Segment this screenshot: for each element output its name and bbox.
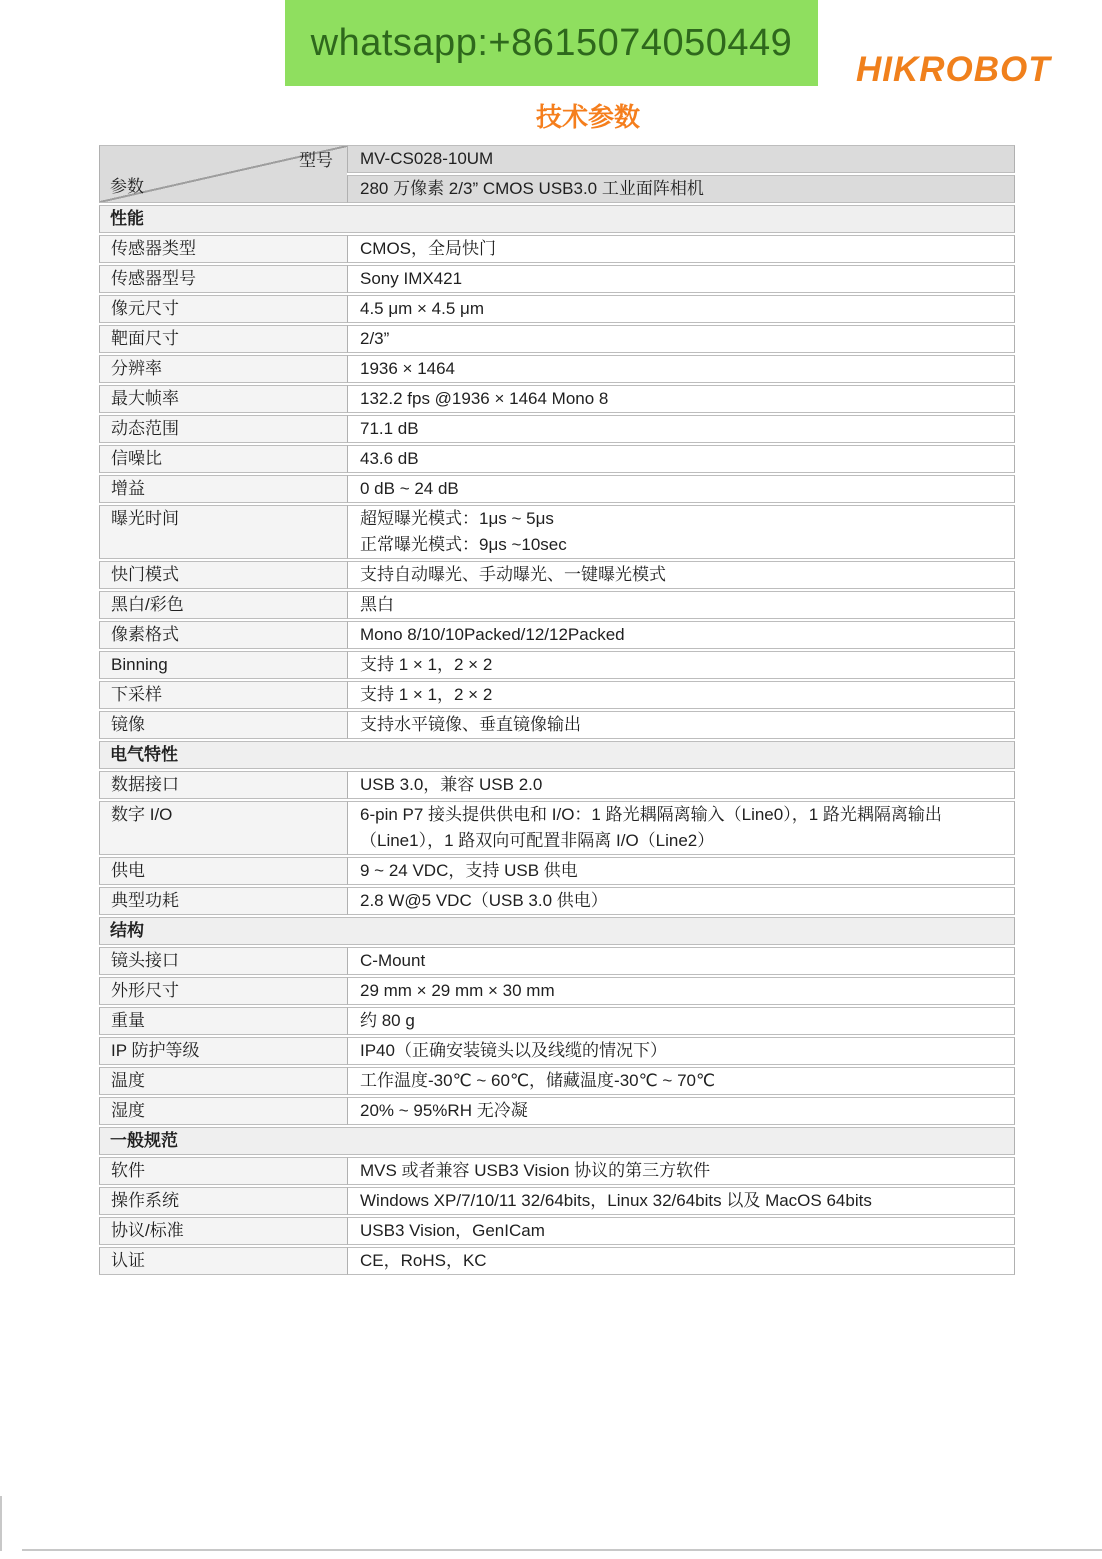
spec-value-cell: 超短曝光模式：1μs ~ 5μs 正常曝光模式：9μs ~10sec: [347, 505, 1015, 559]
spec-label-cell: Binning: [99, 651, 347, 679]
spec-label-cell: 传感器型号: [99, 265, 347, 293]
spec-label-cell: 最大帧率: [99, 385, 347, 413]
spec-value-cell: 9 ~ 24 VDC，支持 USB 供电: [347, 857, 1015, 885]
spec-row: 数字 I/O6-pin P7 接头提供供电和 I/O：1 路光耦隔离输入（Lin…: [99, 801, 1015, 855]
spec-row: 像素格式Mono 8/10/10Packed/12/12Packed: [99, 621, 1015, 649]
spec-row: 协议/标准USB3 Vision，GenICam: [99, 1217, 1015, 1245]
spec-label-cell: 像素格式: [99, 621, 347, 649]
spec-row: 供电9 ~ 24 VDC，支持 USB 供电: [99, 857, 1015, 885]
spec-row: Binning支持 1 × 1，2 × 2: [99, 651, 1015, 679]
spec-value-cell: 43.6 dB: [347, 445, 1015, 473]
spec-label-cell: 认证: [99, 1247, 347, 1275]
spec-value-cell: Windows XP/7/10/11 32/64bits，Linux 32/64…: [347, 1187, 1015, 1215]
spec-label-cell: 协议/标准: [99, 1217, 347, 1245]
spec-label-cell: 靶面尺寸: [99, 325, 347, 353]
spec-label-cell: 软件: [99, 1157, 347, 1185]
whatsapp-watermark-text: whatsapp:+8615074050449: [311, 22, 793, 65]
spec-label-cell: 重量: [99, 1007, 347, 1035]
spec-value-cell: 4.5 μm × 4.5 μm: [347, 295, 1015, 323]
spec-label-cell: 湿度: [99, 1097, 347, 1125]
spec-label-cell: 黑白/彩色: [99, 591, 347, 619]
header-corner-cell: 型号 参数: [99, 145, 347, 203]
spec-value-cell: 71.1 dB: [347, 415, 1015, 443]
spec-row: 软件MVS 或者兼容 USB3 Vision 协议的第三方软件: [99, 1157, 1015, 1185]
spec-value-cell: USB3 Vision，GenICam: [347, 1217, 1015, 1245]
page-bottom-divider: [22, 1549, 1102, 1551]
spec-label-cell: 增益: [99, 475, 347, 503]
section-header-row: 性能: [99, 205, 1015, 233]
section-title: 结构: [99, 917, 1015, 945]
spec-value-cell: 1936 × 1464: [347, 355, 1015, 383]
spec-table-body: 性能传感器类型CMOS，全局快门传感器型号Sony IMX421像元尺寸4.5 …: [99, 205, 1015, 1275]
spec-row: 温度工作温度-30℃ ~ 60℃，储藏温度-30℃ ~ 70℃: [99, 1067, 1015, 1095]
spec-value-cell: 支持水平镜像、垂直镜像输出: [347, 711, 1015, 739]
spec-row: 操作系统Windows XP/7/10/11 32/64bits，Linux 3…: [99, 1187, 1015, 1215]
corner-label-param: 参数: [110, 174, 144, 200]
spec-row: 传感器型号Sony IMX421: [99, 265, 1015, 293]
spec-label-cell: 操作系统: [99, 1187, 347, 1215]
spec-table: 型号 参数 MV-CS028-10UM 280 万像素 2/3” CMOS US…: [99, 143, 1015, 1277]
spec-value-cell: IP40（正确安装镜头以及线缆的情况下）: [347, 1037, 1015, 1065]
spec-value-cell: 工作温度-30℃ ~ 60℃，储藏温度-30℃ ~ 70℃: [347, 1067, 1015, 1095]
spec-value-cell: 29 mm × 29 mm × 30 mm: [347, 977, 1015, 1005]
section-header-row: 结构: [99, 917, 1015, 945]
spec-value-cell: 支持自动曝光、手动曝光、一键曝光模式: [347, 561, 1015, 589]
spec-row: 典型功耗2.8 W@5 VDC（USB 3.0 供电）: [99, 887, 1015, 915]
spec-row: 数据接口USB 3.0，兼容 USB 2.0: [99, 771, 1015, 799]
spec-sheet-page: whatsapp:+8615074050449 HIKROBOT 技术参数 型号…: [0, 0, 1102, 1559]
spec-row: 靶面尺寸2/3”: [99, 325, 1015, 353]
whatsapp-watermark-banner: whatsapp:+8615074050449: [285, 0, 818, 86]
spec-row: 分辨率1936 × 1464: [99, 355, 1015, 383]
spec-label-cell: 数字 I/O: [99, 801, 347, 855]
spec-row: 黑白/彩色黑白: [99, 591, 1015, 619]
section-title: 一般规范: [99, 1127, 1015, 1155]
spec-row: 快门模式支持自动曝光、手动曝光、一键曝光模式: [99, 561, 1015, 589]
spec-row: IP 防护等级IP40（正确安装镜头以及线缆的情况下）: [99, 1037, 1015, 1065]
spec-value-cell: 支持 1 × 1，2 × 2: [347, 681, 1015, 709]
spec-label-cell: 镜像: [99, 711, 347, 739]
spec-row: 增益0 dB ~ 24 dB: [99, 475, 1015, 503]
spec-row: 重量约 80 g: [99, 1007, 1015, 1035]
spec-row: 湿度20% ~ 95%RH 无冷凝: [99, 1097, 1015, 1125]
spec-row: 外形尺寸29 mm × 29 mm × 30 mm: [99, 977, 1015, 1005]
table-header-row-model: 型号 参数 MV-CS028-10UM: [99, 145, 1015, 173]
model-name-cell: MV-CS028-10UM: [347, 145, 1015, 173]
spec-row: 下采样支持 1 × 1，2 × 2: [99, 681, 1015, 709]
spec-value-cell: 0 dB ~ 24 dB: [347, 475, 1015, 503]
spec-label-cell: 快门模式: [99, 561, 347, 589]
spec-label-cell: 像元尺寸: [99, 295, 347, 323]
spec-value-cell: 支持 1 × 1，2 × 2: [347, 651, 1015, 679]
spec-value-cell: 2.8 W@5 VDC（USB 3.0 供电）: [347, 887, 1015, 915]
spec-row: 像元尺寸4.5 μm × 4.5 μm: [99, 295, 1015, 323]
spec-label-cell: 典型功耗: [99, 887, 347, 915]
spec-value-cell: C-Mount: [347, 947, 1015, 975]
spec-value-cell: CE，RoHS，KC: [347, 1247, 1015, 1275]
section-title: 性能: [99, 205, 1015, 233]
spec-value-cell: 约 80 g: [347, 1007, 1015, 1035]
spec-label-cell: 供电: [99, 857, 347, 885]
spec-row: 信噪比43.6 dB: [99, 445, 1015, 473]
spec-value-cell: Sony IMX421: [347, 265, 1015, 293]
model-description-cell: 280 万像素 2/3” CMOS USB3.0 工业面阵相机: [347, 175, 1015, 203]
corner-label-model: 型号: [299, 148, 333, 174]
spec-label-cell: 动态范围: [99, 415, 347, 443]
spec-label-cell: IP 防护等级: [99, 1037, 347, 1065]
spec-value-cell: CMOS，全局快门: [347, 235, 1015, 263]
spec-value-cell: 132.2 fps @1936 × 1464 Mono 8: [347, 385, 1015, 413]
spec-row: 曝光时间超短曝光模式：1μs ~ 5μs 正常曝光模式：9μs ~10sec: [99, 505, 1015, 559]
spec-value-cell: 6-pin P7 接头提供供电和 I/O：1 路光耦隔离输入（Line0），1 …: [347, 801, 1015, 855]
spec-label-cell: 镜头接口: [99, 947, 347, 975]
spec-label-cell: 数据接口: [99, 771, 347, 799]
spec-label-cell: 温度: [99, 1067, 347, 1095]
spec-value-cell: MVS 或者兼容 USB3 Vision 协议的第三方软件: [347, 1157, 1015, 1185]
spec-value-cell: USB 3.0，兼容 USB 2.0: [347, 771, 1015, 799]
spec-value-cell: 2/3”: [347, 325, 1015, 353]
page-left-edge-mark: [0, 1496, 2, 1551]
spec-row: 动态范围71.1 dB: [99, 415, 1015, 443]
hikrobot-logo: HIKROBOT: [856, 50, 1076, 90]
page-title: 技术参数: [99, 97, 1015, 134]
spec-value-cell: 黑白: [347, 591, 1015, 619]
spec-label-cell: 下采样: [99, 681, 347, 709]
spec-row: 镜头接口C-Mount: [99, 947, 1015, 975]
section-header-row: 一般规范: [99, 1127, 1015, 1155]
spec-label-cell: 外形尺寸: [99, 977, 347, 1005]
section-title: 电气特性: [99, 741, 1015, 769]
spec-row: 最大帧率132.2 fps @1936 × 1464 Mono 8: [99, 385, 1015, 413]
spec-label-cell: 传感器类型: [99, 235, 347, 263]
spec-label-cell: 分辨率: [99, 355, 347, 383]
spec-label-cell: 曝光时间: [99, 505, 347, 559]
spec-row: 镜像支持水平镜像、垂直镜像输出: [99, 711, 1015, 739]
section-header-row: 电气特性: [99, 741, 1015, 769]
spec-value-cell: Mono 8/10/10Packed/12/12Packed: [347, 621, 1015, 649]
spec-row: 传感器类型CMOS，全局快门: [99, 235, 1015, 263]
spec-value-cell: 20% ~ 95%RH 无冷凝: [347, 1097, 1015, 1125]
spec-row: 认证CE，RoHS，KC: [99, 1247, 1015, 1275]
spec-label-cell: 信噪比: [99, 445, 347, 473]
